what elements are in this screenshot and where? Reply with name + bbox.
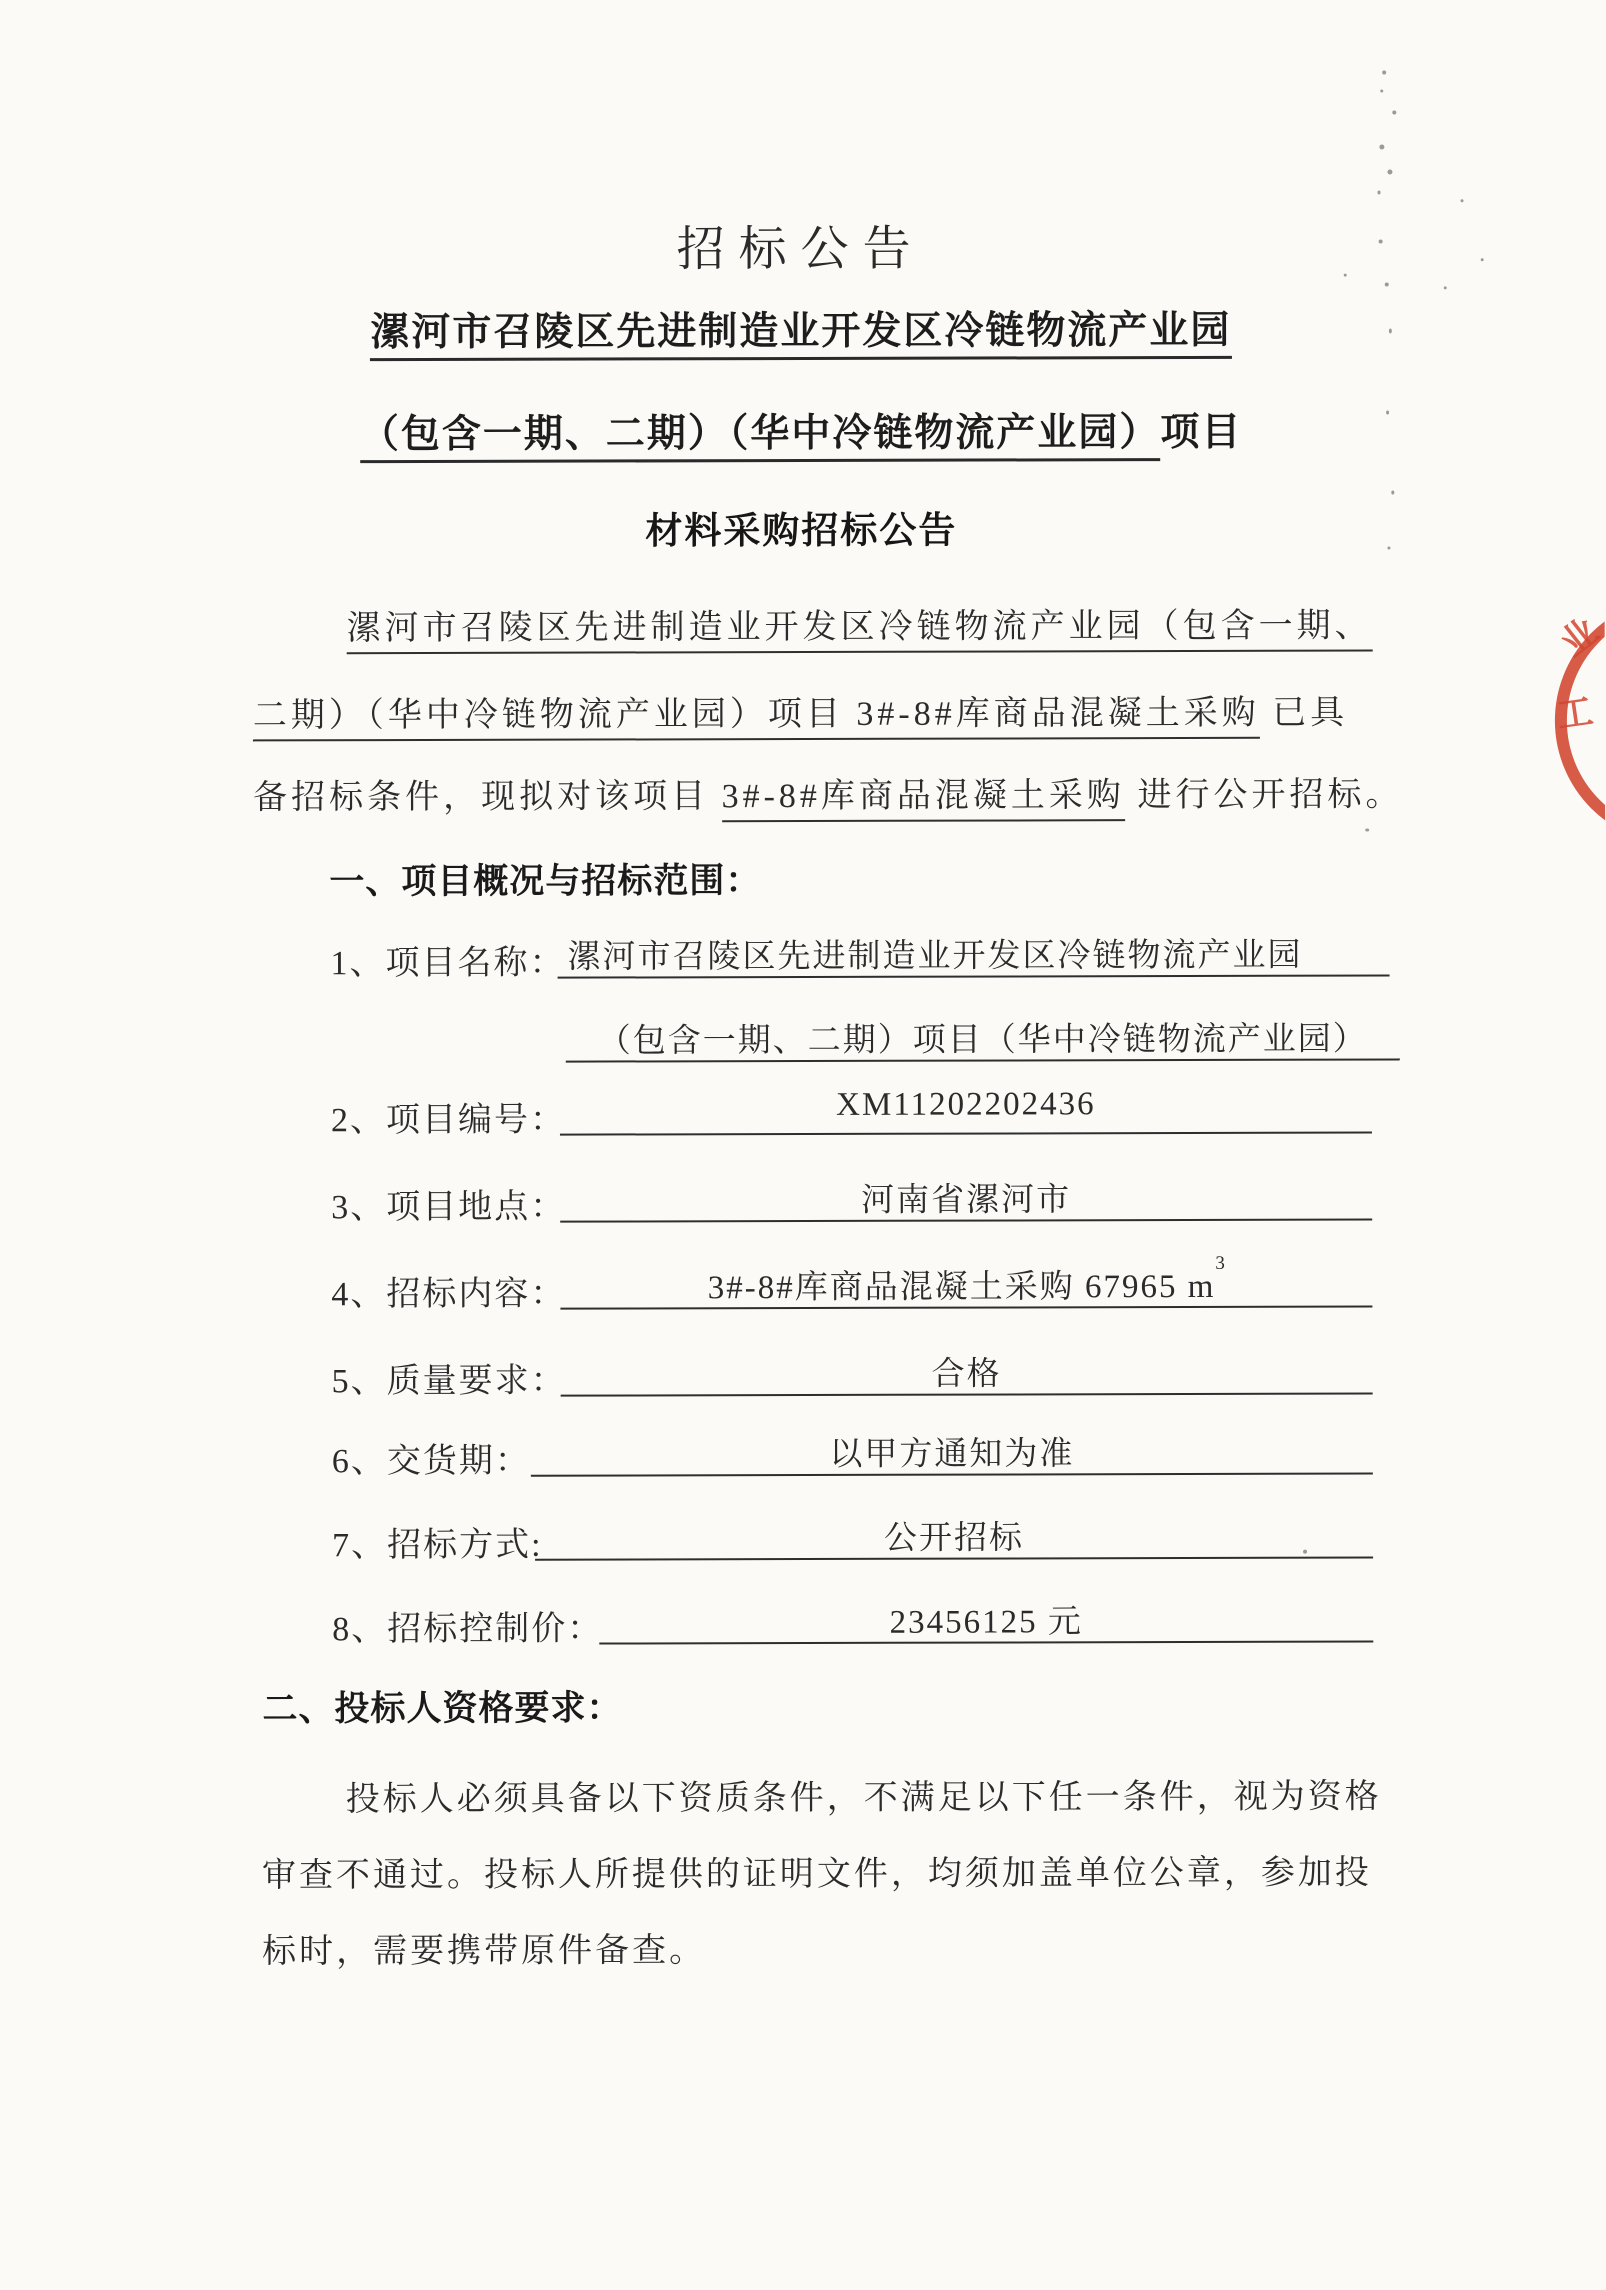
item8-label: 8、招标控制价：	[332, 1601, 603, 1651]
item5-label: 5、质量要求：	[332, 1353, 567, 1403]
section2-paragraph-line2: 审查不通过。投标人所提供的证明文件，均须加盖单位公章，参加投	[262, 1845, 1372, 1897]
scan-speck	[1379, 144, 1384, 149]
scan-speck	[1382, 70, 1386, 74]
item1-label: 1、项目名称：	[330, 935, 565, 985]
item7-label: 7、招标方式:	[332, 1517, 543, 1567]
scan-speck	[1387, 546, 1390, 549]
document-content: 招标公告 漯河市召陵区先进制造业开发区冷链物流产业园 （包含一期、二期）（华中冷…	[0, 0, 1606, 2290]
document-subtitle-line3: 材料采购招标公告	[0, 498, 1604, 556]
item4-value-main: 3#-8#库商品混凝土采购 67965 m	[708, 1269, 1216, 1306]
item8-value: 23456125 元	[599, 1595, 1373, 1645]
document-subtitle-line2: （包含一期、二期）（华中冷链物流产业园）项目	[0, 400, 1604, 460]
scan-speck	[1392, 110, 1396, 114]
scan-speck	[1385, 282, 1389, 286]
scan-speck	[1389, 328, 1392, 333]
intro-line3-underlined: 3#-8#库商品混凝土采购	[722, 777, 1125, 822]
intro-line3-prefix: 备招标条件，现拟对该项目	[253, 778, 722, 816]
scan-speck	[1386, 410, 1389, 414]
scan-speck	[1391, 490, 1394, 494]
scan-speck	[1380, 89, 1383, 92]
item6-label: 6、交货期：	[332, 1433, 531, 1483]
item1-value-line1: 漯河市召陵区先进制造业开发区冷链物流产业园	[557, 928, 1389, 978]
scanned-document-page: 招标公告 漯河市召陵区先进制造业开发区冷链物流产业园 （包含一期、二期）（华中冷…	[0, 0, 1606, 2290]
scan-speck	[1461, 199, 1464, 202]
scan-speck	[1303, 1550, 1307, 1554]
item5-value: 合格	[561, 1347, 1373, 1397]
red-seal-stamp: 业 工	[1537, 588, 1606, 854]
intro-line1-underlined: 漯河市召陵区先进制造业开发区冷链物流产业园（包含一期、	[347, 608, 1373, 655]
item4-value: 3#-8#库商品混凝土采购 67965 m3	[560, 1260, 1372, 1310]
subtitle-line1-text: 漯河市召陵区先进制造业开发区冷链物流产业园	[370, 309, 1231, 361]
stamp-text-fragment-2: 工	[1554, 691, 1595, 736]
item3-value: 河南省漯河市	[560, 1173, 1372, 1223]
section2-heading: 二、投标人资格要求：	[262, 1680, 622, 1731]
scan-speck	[1444, 286, 1447, 289]
item2-value: XM11202202436	[560, 1086, 1372, 1136]
section2-paragraph-line3: 标时，需要携带原件备查。	[262, 1922, 706, 1972]
intro-line3-suffix: 进行公开招标。	[1125, 776, 1404, 814]
section2-paragraph-line1: 投标人必须具备以下资质条件，不满足以下任一条件，视为资格	[346, 1768, 1382, 1820]
intro-line3: 备招标条件，现拟对该项目 3#-8#库商品混凝土采购 进行公开招标。	[253, 766, 1403, 818]
intro-line2-underlined: 二期）（华中冷链物流产业园）项目 3#-8#库商品混凝土采购	[253, 695, 1260, 742]
item3-label: 3、项目地点：	[331, 1179, 566, 1229]
item4-label: 4、招标内容：	[331, 1266, 566, 1316]
intro-line2-plain: 已具	[1272, 695, 1348, 732]
item7-value: 公开招标	[535, 1511, 1373, 1561]
scan-speck	[1365, 829, 1369, 832]
item2-label: 2、项目编号：	[331, 1092, 566, 1142]
item4-value-superscript: 3	[1215, 1253, 1225, 1274]
scan-speck	[1344, 274, 1347, 277]
scan-speck	[1387, 169, 1392, 174]
subtitle-line2-underlined: （包含一期、二期）（华中冷链物流产业园）	[360, 411, 1161, 463]
document-subtitle-line1: 漯河市召陵区先进制造业开发区冷链物流产业园	[0, 298, 1604, 358]
item1-value-line2: （包含一期、二期）项目（华中冷链物流产业园）	[566, 1012, 1400, 1062]
scan-speck	[1481, 258, 1484, 261]
subtitle-line2-plain: 项目	[1160, 411, 1242, 454]
item6-value: 以甲方通知为准	[531, 1427, 1373, 1477]
scan-speck	[1378, 190, 1381, 194]
scan-speck	[1379, 239, 1383, 243]
intro-line2: 二期）（华中冷链物流产业园）项目 3#-8#库商品混凝土采购 已具	[253, 685, 1348, 737]
stamp-text-fragment-1: 业	[1553, 611, 1605, 665]
red-seal-graphic: 业 工	[1537, 588, 1606, 854]
section1-heading: 一、项目概况与招标范围：	[329, 853, 761, 904]
intro-line1: 漯河市召陵区先进制造业开发区冷链物流产业园（包含一期、	[347, 598, 1373, 650]
document-title: 招标公告	[0, 208, 1604, 281]
